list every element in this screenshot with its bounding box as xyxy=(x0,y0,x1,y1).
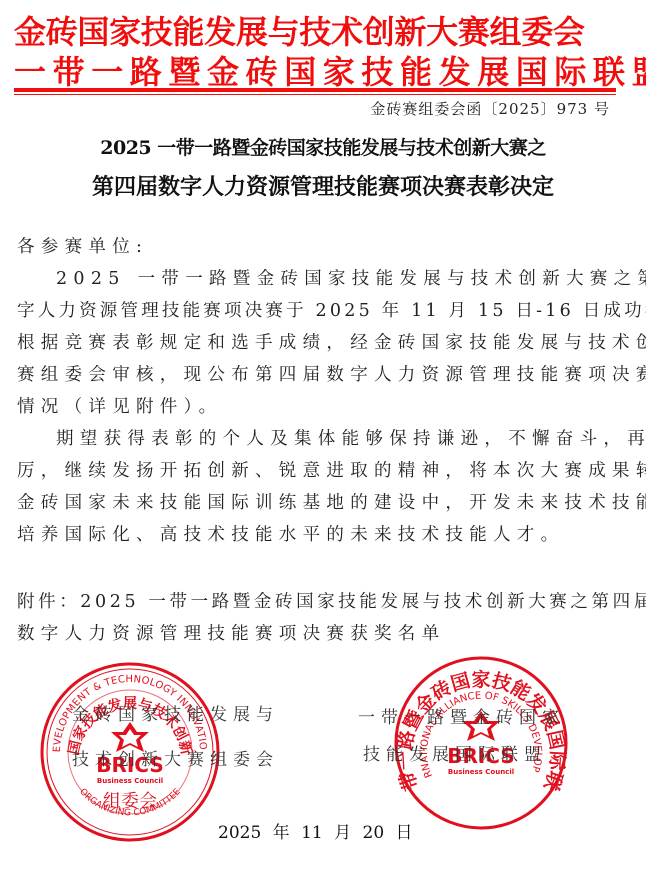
paragraph-2-line: 期望获得表彰的个人及集体能够保持谦逊，不懈奋斗，再接再 xyxy=(56,427,646,451)
paragraph-2-line: 金砖国家未来技能国际训练基地的建设中，开发未来技术技能课程， xyxy=(17,491,646,515)
document-title-line-1: 2025 一带一路暨金砖国家技能发展与技术创新大赛之 xyxy=(0,135,646,161)
issue-date: 2025 年 11 月 20 日 xyxy=(218,818,413,843)
document-number: 金砖赛组委会函〔2025〕973 号 xyxy=(370,99,610,119)
attachment-line: 附件：2025 一带一路暨金砖国家技能发展与技术创新大赛之第四届 xyxy=(17,590,646,614)
letterhead-rule-thin xyxy=(14,94,616,95)
salutation: 各参赛单位: xyxy=(17,235,148,259)
svg-text:Business Council: Business Council xyxy=(97,777,163,785)
letterhead-line-1: 金砖国家技能发展与技术创新大赛组委会 xyxy=(14,12,618,52)
paragraph-1-line: 2025 一带一路暨金砖国家技能发展与技术创新大赛之第四届数 xyxy=(56,267,646,291)
paragraph-1-line: 情况（详见附件）。 xyxy=(17,395,222,419)
paragraph-2-line: 培养国际化、高技术技能水平的未来技术技能人才。 xyxy=(17,523,564,547)
letterhead-line-2: 一带一路暨金砖国家技能发展国际联盟 xyxy=(14,53,618,91)
paragraph-1-line: 根据竞赛表彰规定和选手成绩，经金砖国家技能发展与技术创新大 xyxy=(17,331,646,355)
letterhead-rule-thick xyxy=(14,88,616,92)
document-title-line-2: 第四届数字人力资源管理技能赛项决赛表彰决定 xyxy=(0,172,646,202)
paragraph-2-line: 厉，继续发扬开拓创新、锐意进取的精神，将本次大赛成果转化到 xyxy=(17,459,646,483)
signature-left-line-1: 金砖国家技能发展与 xyxy=(72,700,279,725)
svg-text:组委会: 组委会 xyxy=(103,791,157,812)
attachment-line: 数字人力资源管理技能赛项决赛获奖名单 xyxy=(17,622,445,646)
signature-right-line-2: 技能发展国际联盟 xyxy=(363,740,547,765)
paragraph-1-line: 赛组委会审核，现公布第四届数字人力资源管理技能赛项决赛获奖 xyxy=(17,363,646,387)
signature-right-line-1: 一带一路暨金砖国家 xyxy=(358,703,565,728)
svg-text:Business Council: Business Council xyxy=(448,768,514,776)
signature-left-line-2: 技术创新大赛组委会 xyxy=(72,745,279,770)
paragraph-1-line: 字人力资源管理技能赛项决赛于 2025 年 11 月 15 日-16 日成功举办… xyxy=(17,299,646,323)
